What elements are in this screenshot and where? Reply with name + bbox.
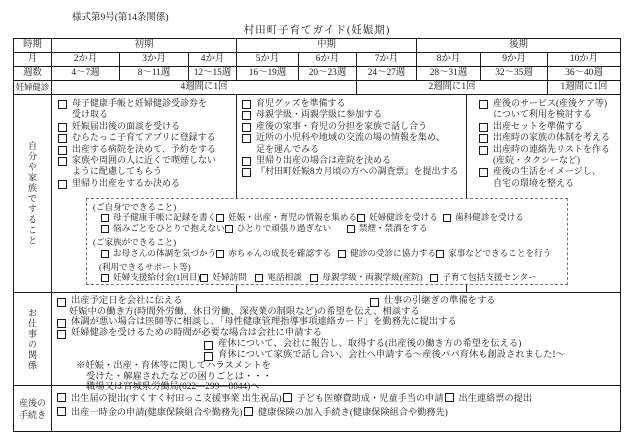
checkbox-icon — [225, 225, 233, 233]
checkbox-item: 出産時の連絡先リストを作る (産院・タクシーなど) — [478, 144, 617, 167]
month-cell: 2か月 — [51, 53, 119, 66]
checkbox-icon — [58, 100, 67, 109]
checkbox-icon — [436, 250, 444, 258]
checkbox-item: 赤ちゃんの成長を確認する — [216, 248, 338, 258]
weeks-cell: 32〜35週 — [480, 67, 547, 80]
month-cell: 5か月 — [236, 53, 298, 66]
checkbox-item: ひとりで頑張り過ぎない — [225, 223, 347, 233]
checkbox-item: 産後の生活をイメージし、 自宅の環境を整える — [478, 166, 617, 189]
checkbox-item: 健診の受診に協力する — [338, 248, 436, 258]
work-line: 産休について、会社に報告し、取得する(出産後の働き方の希望を伝える) — [52, 339, 620, 350]
section-postpartum-body: 出生届の提出(すくすく村田っこ支援事業 出生祝品) 子ども医療費助成・児童手当の… — [52, 386, 620, 432]
checkbox-icon — [200, 274, 208, 282]
checkup-frequency-cell: 1週間に1回 — [547, 81, 620, 94]
checkbox-item: 育児グッズを準備する — [241, 98, 463, 109]
weeks-row-label: 週数 — [14, 67, 51, 80]
postpartum-row: 出産一時金の申請(健康保険組合や勤務先) 健康保険の加入手続き(健康保険組合や勤… — [52, 405, 620, 419]
checkbox-icon — [57, 298, 66, 307]
document-page: 様式第9号(第14条関係) 村田町子育てガイド(妊娠期) 時期 初期 中期 後期… — [0, 0, 630, 439]
checkup-frequency-cell: 2週間に1回 — [356, 81, 547, 94]
support-box-row: 悩みごとをひとりで抱えない ひとりで頑張り過ぎない 禁煙・禁酒をする — [93, 223, 563, 233]
support-box-row: お母さんの体調を気づかう 赤ちゃんの成長を確認する 健診の受診に協力する 家事な… — [93, 248, 563, 258]
support-box-heading-family: (ご家族ができること) — [93, 237, 563, 247]
checkbox-item: 電話相談 — [255, 272, 310, 282]
section-postpartum-label: 産後の 手続き — [14, 386, 52, 432]
checkbox-item: 家族や周囲の人に近くで喫煙しない ように配慮してもらう — [57, 155, 233, 178]
checkbox-icon — [242, 111, 251, 120]
checkbox-item: 妊娠・出産・育児の情報を集める — [216, 212, 357, 222]
form-number: 様式第9号(第14条関係) — [72, 9, 169, 23]
weeks-cell: 12〜15週 — [188, 67, 236, 80]
checkbox-item: 出生届の提出(すくすく村田っこ支援事業 出生祝品) — [56, 391, 282, 405]
work-line: 妊婦健診を受けるための時間が必要な場合は会社に申請する — [52, 328, 620, 339]
checkbox-item: 出産する病院を決めて、予約をする — [57, 144, 233, 155]
support-box-heading-self: (ご自身でできること) — [93, 202, 563, 212]
checkbox-icon — [57, 330, 66, 339]
checkbox-icon — [204, 341, 213, 350]
work-line: 体調が悪い場合は医師等に相談し、「母性健康管理指導事項連絡カード」を勤務先に提出… — [52, 317, 620, 328]
checkbox-icon — [57, 407, 66, 416]
weeks-cell: 4〜7週 — [51, 67, 119, 80]
checkbox-item: 子ども医療費助成・児童手当の申請 — [282, 391, 444, 405]
weeks-cell: 28〜31週 — [416, 67, 480, 80]
work-line: 育休について家族で話し合い、会社へ申請する〜産後パパ育休も創設されました!〜 — [52, 350, 620, 361]
checkbox-icon — [430, 274, 438, 282]
checkbox-item: 近所の小児科や地域の交流の場の情報を集め、 足を運んでみる — [241, 132, 463, 155]
checkbox-item: 育休について家族で話し合い、会社へ申請する〜産後パパ育休も創設されました!〜 — [203, 350, 620, 361]
checkbox-icon — [216, 250, 224, 258]
checkbox-item: 出産一時金の申請(健康保険組合や勤務先) — [56, 405, 243, 419]
checkup-row-label: 妊婦健診 — [14, 81, 51, 94]
month-row: 月 2か月 3か月 4か月 5か月 6か月 7か月 8か月 9か月 10か月 — [14, 53, 620, 67]
harassment-note-line: ※妊娠・出産・育休等に関してハラスメントを — [52, 361, 620, 371]
period-row: 時期 初期 中期 後期 — [14, 39, 620, 53]
checkbox-icon — [242, 100, 251, 109]
checkbox-item: 仕事の引継ぎの準備をする — [369, 296, 496, 307]
weeks-cell: 24〜27週 — [356, 67, 416, 80]
checkbox-icon — [338, 250, 346, 258]
page-title: 村田町子育てガイド(妊娠期) — [13, 22, 621, 37]
checkbox-icon — [357, 214, 365, 222]
checkbox-item: 出生連絡票の提出 — [444, 391, 533, 405]
checkbox-icon — [58, 157, 67, 166]
section-postpartum: 産後の 手続き 出生届の提出(すくすく村田っこ支援事業 出生祝品) 子ども医療費… — [14, 386, 620, 432]
checkbox-icon — [242, 168, 251, 177]
checkbox-item: 禁煙・禁酒をする — [347, 223, 428, 233]
checkbox-icon — [101, 225, 109, 233]
section-work-label-text: お仕事の関係 — [26, 308, 39, 371]
checkbox-item: 母親学級・両親学級(産院) — [310, 272, 430, 282]
checkbox-item: 産後のサービス(産後ケア等) について利用を検討する — [478, 98, 617, 121]
checkbox-item: 妊婦訪問 — [200, 272, 255, 282]
weeks-cell: 20〜23週 — [298, 67, 356, 80]
weeks-cell: 8〜11週 — [119, 67, 188, 80]
month-cell: 4か月 — [188, 53, 236, 66]
checkbox-icon — [479, 100, 488, 109]
checkbox-icon — [244, 407, 253, 416]
checkbox-icon — [58, 180, 67, 189]
checkbox-icon — [347, 225, 355, 233]
month-cell: 6か月 — [298, 53, 356, 66]
work-line: 出産予定日を会社に伝える 仕事の引継ぎの準備をする — [52, 296, 620, 307]
month-cell: 7か月 — [356, 53, 416, 66]
section-postpartum-label-text: 産後の 手続き — [19, 397, 46, 421]
checkbox-icon — [101, 214, 109, 222]
checkbox-icon — [443, 214, 451, 222]
checkbox-item: 体調が悪い場合は医師等に相談し、「母性健康管理指導事項連絡カード」を勤務先に提出… — [56, 317, 620, 328]
checkbox-icon — [57, 319, 66, 328]
period-cell-middle: 中期 — [236, 39, 416, 52]
support-box-heading-support: (利用できるサポート等) — [93, 262, 563, 272]
checkbox-item: 歯科健診を受ける — [443, 212, 524, 222]
checkbox-icon — [479, 123, 488, 132]
period-row-label: 時期 — [14, 39, 51, 52]
checkbox-item: 妊婦健診を受ける — [357, 212, 443, 222]
checkbox-icon — [255, 274, 263, 282]
checkbox-item: 妊婦健診を受けるための時間が必要な場合は会社に申請する — [56, 328, 620, 339]
checkbox-item: 家事などできることを行う — [436, 248, 551, 258]
checkbox-icon — [242, 134, 251, 143]
month-row-label: 月 — [14, 53, 51, 66]
checkbox-item: 産後の家事・育児の分担を家族で話し合う — [241, 121, 463, 132]
checkbox-icon — [101, 250, 109, 258]
month-cell: 10か月 — [547, 53, 620, 66]
section-work-body: 出産予定日を会社に伝える 仕事の引継ぎの準備をする 妊娠中の働き方(時間外労働、… — [52, 293, 620, 385]
section-personal-label: 自分や家族ですること — [14, 95, 52, 292]
checkbox-item: 健康保険の加入手続き(健康保険組合や勤務先) — [243, 405, 448, 419]
section-personal: 自分や家族ですること 母子健康手帳と妊婦健診受診券を 受け取る 妊娠届出後の面談… — [14, 95, 620, 293]
month-cell: 3か月 — [119, 53, 188, 66]
period-cell-late: 後期 — [416, 39, 620, 52]
checkbox-item: 妊婦支援給付金(1回目) — [101, 272, 200, 282]
work-sub-note: 妊娠中の働き方(時間外労働、休日労働、深夜業の制限など)の希望を伝え、相談する — [52, 307, 620, 317]
checkup-row: 妊婦健診 4週間に1回 2週間に1回 1週間に1回 — [14, 81, 620, 95]
checkbox-item: 母子健康手帳に記録を書く — [101, 212, 216, 222]
support-box-row: 妊婦支援給付金(1回目) 妊婦訪問 電話相談 母親学級・両親学級(産院) 子育て… — [93, 272, 563, 282]
checkbox-item: 母親学級・両親学級に参加する — [241, 109, 463, 120]
support-box-row: 母子健康手帳に記録を書く 妊娠・出産・育児の情報を集める 妊婦健診を受ける 歯科… — [93, 212, 563, 222]
checkbox-item: 悩みごとをひとりで抱えない — [101, 223, 225, 233]
checkbox-icon — [58, 146, 67, 155]
checkbox-item: 出産セットを準備する — [478, 121, 617, 132]
checkbox-item: 産休について、会社に報告し、取得する(出産後の働き方の希望を伝える) — [203, 339, 620, 350]
checkbox-icon — [58, 134, 67, 143]
checkbox-icon — [479, 134, 488, 143]
harassment-note-line: 受けた・解雇されたなどの困りごとは・・・ — [52, 372, 620, 382]
support-box: (ご自身でできること) 母子健康手帳に記録を書く 妊娠・出産・育児の情報を集める… — [86, 198, 568, 285]
section-work-label: お仕事の関係 — [14, 293, 52, 385]
section-personal-label-text: 自分や家族ですること — [26, 141, 39, 246]
month-cell: 8か月 — [416, 53, 480, 66]
period-cell-early: 初期 — [51, 39, 236, 52]
checkbox-item: 出産時の家族の体制を考える — [478, 132, 617, 143]
checkup-frequency-cell: 4週間に1回 — [51, 81, 356, 94]
weeks-row: 週数 4〜7週 8〜11週 12〜15週 16〜19週 20〜23週 24〜27… — [14, 67, 620, 81]
checkbox-item: 妊娠届出後の面談を受ける — [57, 121, 233, 132]
checkbox-icon — [445, 393, 454, 402]
checkbox-icon — [58, 123, 67, 132]
checkbox-item: 里帰り出産の場合は産院を決める — [241, 155, 463, 166]
checkbox-icon — [101, 274, 109, 282]
checkbox-icon — [479, 168, 488, 177]
section-personal-body: 母子健康手帳と妊婦健診受診券を 受け取る 妊娠届出後の面談を受ける むらたっこ子… — [52, 95, 620, 292]
checkbox-item: 『村田町妊娠8カ月頃の方への調査票』を提出する — [241, 166, 463, 177]
checkbox-item: 子育て包括支援センター — [430, 272, 536, 282]
checkbox-item: 母子健康手帳と妊婦健診受診券を 受け取る — [57, 98, 233, 121]
checkbox-icon — [479, 146, 488, 155]
postpartum-row: 出生届の提出(すくすく村田っこ支援事業 出生祝品) 子ども医療費助成・児童手当の… — [52, 391, 620, 405]
weeks-cell: 16〜19週 — [236, 67, 298, 80]
month-cell: 9か月 — [480, 53, 547, 66]
section-work: お仕事の関係 出産予定日を会社に伝える 仕事の引継ぎの準備をする 妊娠中の働き方… — [14, 293, 620, 386]
checkbox-icon — [57, 393, 66, 402]
guide-table: 時期 初期 中期 後期 月 2か月 3か月 4か月 5か月 6か月 7か月 8か… — [13, 38, 621, 432]
checkbox-icon — [370, 298, 379, 307]
checkbox-icon — [204, 352, 213, 361]
checkbox-icon — [310, 274, 318, 282]
weeks-cell: 36〜40週 — [547, 67, 620, 80]
checkbox-item: お母さんの体調を気づかう — [101, 248, 216, 258]
checkbox-item: 里帰り出産をするか決める — [57, 178, 233, 189]
checkbox-icon — [283, 393, 292, 402]
checkbox-item: 出産予定日を会社に伝える — [56, 296, 369, 307]
checkbox-icon — [216, 214, 224, 222]
checkbox-icon — [242, 123, 251, 132]
checkbox-item: むらたっこ子育てアプリに登録する — [57, 132, 233, 143]
checkbox-icon — [242, 157, 251, 166]
